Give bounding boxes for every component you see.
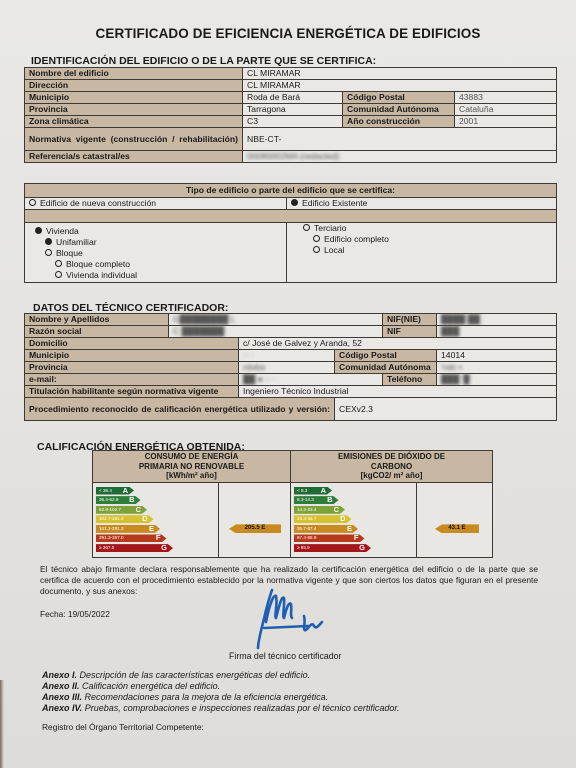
- nif-text: ███: [441, 326, 459, 336]
- emisiones-band-f: 67.4-85.9F: [294, 534, 365, 542]
- terciario-options: Terciario Edificio completo Local: [287, 223, 557, 283]
- option-terciario-label: Terciario: [314, 223, 346, 233]
- emisiones-band-range: 23.4-36.7: [297, 516, 316, 521]
- tecnico-municipio-label: Municipio: [25, 350, 239, 362]
- emisiones-band-a: < 8.3A: [294, 487, 332, 495]
- nif-nie-text: ████ ██: [441, 314, 480, 324]
- anexo-4-text: Pruebas, comprobaciones e inspecciones r…: [85, 703, 400, 713]
- option-bloque-label: Bloque: [56, 248, 83, 258]
- radio-bloque-completo: [55, 260, 62, 267]
- radio-terciario: [303, 224, 310, 231]
- tecnico-provincia-label: Provincia: [25, 362, 239, 374]
- anexo-2-text: Calificación energética del edificio.: [82, 681, 220, 691]
- consumo-band-range: 161.2-291.3: [99, 526, 124, 531]
- razon-social-value: C ███████: [169, 326, 383, 338]
- consumo-result-cell: 205.5 E: [219, 482, 291, 557]
- emisiones-result-cell: 43.1 E: [417, 482, 493, 557]
- tecnico-cp-label: Código Postal: [335, 350, 437, 362]
- consumo-band-letter: B: [129, 496, 134, 504]
- municipio-value: Roda de Bará: [243, 92, 343, 104]
- tecnico-nombre-label: Nombre y Apellidos: [25, 314, 169, 326]
- anexo-3: Anexo III. Recomendaciones para la mejor…: [42, 692, 400, 703]
- radio-edificio-completo: [313, 235, 320, 242]
- zona-climatica-value: C3: [243, 116, 343, 128]
- consumo-band-range: 62.9-102.7: [99, 507, 121, 512]
- radio-vivienda-individual: [55, 271, 62, 278]
- emisiones-band-letter: G: [359, 544, 365, 552]
- consumo-band-e: 161.2-291.3E: [96, 525, 160, 533]
- tecnico-table: Nombre y Apellidos G████████ L NIF(NIE) …: [24, 313, 557, 421]
- emisiones-band-letter: A: [321, 487, 326, 495]
- option-edificio-existente[interactable]: Edificio Existente: [287, 198, 557, 210]
- anexos-list: Anexo I. Descripción de las característi…: [42, 670, 400, 714]
- comunidad-label: Comunidad Autónoma: [343, 104, 455, 116]
- normativa-label-text: Normativa vigente (construcción / rehabi…: [29, 134, 238, 144]
- consumo-band-range: 36.4-62.9: [99, 497, 118, 502]
- consumo-header: CONSUMO DE ENERGÍA PRIMARIA NO RENOVABLE…: [93, 451, 291, 483]
- radio-existente: [291, 199, 298, 206]
- codigo-postal-label: Código Postal: [343, 92, 455, 104]
- option-existente-label: Edificio Existente: [302, 198, 367, 208]
- direccion-label: Dirección: [25, 80, 243, 92]
- nif-nie-label: NIF(NIE): [383, 314, 437, 326]
- email-text: ██ ● ◌ ·: [243, 374, 276, 384]
- tecnico-comunidad-text: 'ndc ▪: [441, 362, 462, 372]
- emisiones-band-d: 23.4-36.7D: [294, 515, 352, 523]
- option-terciario[interactable]: Terciario: [291, 223, 552, 234]
- consumo-band-b: 36.4-62.9B: [96, 496, 141, 504]
- procedimiento-label-text: Procedimiento reconocido de calificación…: [29, 404, 330, 414]
- domicilio-label: Domicilio: [25, 338, 239, 350]
- consumo-band-letter: D: [142, 515, 147, 523]
- consumo-energy-scale: < 36.4A36.4-62.9B62.9-102.7C102.7-161.2D…: [96, 487, 173, 554]
- emisiones-header: EMISIONES DE DIÓXIDO DE CARBONO [kgCO2/ …: [291, 451, 493, 483]
- razon-social-label: Razón social: [25, 326, 169, 338]
- emisiones-result-arrow: 43.1 E: [435, 524, 479, 533]
- consumo-band-range: 291.3-367.0: [99, 535, 124, 540]
- emisiones-band-letter: C: [334, 506, 339, 514]
- radio-unifamiliar: [45, 238, 52, 245]
- tecnico-nombre-value: G████████ L: [169, 314, 383, 326]
- procedimiento-value: CEXv2.3: [335, 398, 557, 421]
- consumo-result-arrow: 205.5 E: [229, 524, 281, 533]
- consumo-band-g: ≥ 367.0G: [96, 544, 173, 552]
- consumo-band-letter: G: [161, 544, 167, 552]
- email-value: ██ ● ◌ ·: [239, 374, 383, 386]
- option-bloque[interactable]: Bloque: [29, 248, 282, 259]
- anexo-3-text: Recomendaciones para la mejora de la efi…: [85, 692, 329, 702]
- consumo-band-range: < 36.4: [99, 488, 112, 493]
- emisiones-band-range: ≥ 85.9: [297, 545, 310, 550]
- anexo-1: Anexo I. Descripción de las característi…: [42, 670, 400, 681]
- provincia-value: Tarragona: [243, 104, 343, 116]
- catastral-label: Referencia/s catastral/es: [25, 151, 243, 163]
- emisiones-scale-cell: < 8.3A8.3-14.3B14.3-23.4C23.4-36.7D36.7-…: [291, 482, 417, 557]
- anio-construccion-label: Año construcción: [343, 116, 455, 128]
- telefono-text: ███ '█': [441, 374, 471, 384]
- option-local-label: Local: [324, 245, 345, 255]
- procedimiento-label: Procedimiento reconocido de calificación…: [25, 398, 335, 421]
- emisiones-band-e: 36.7-67.4E: [294, 525, 358, 533]
- consumo-scale-cell: < 36.4A36.4-62.9B62.9-102.7C102.7-161.2D…: [93, 482, 219, 557]
- emisiones-band-g: ≥ 85.9G: [294, 544, 371, 552]
- option-edificio-completo[interactable]: Edificio completo: [291, 234, 552, 245]
- consumo-header-units: [kWh/m² año]: [93, 471, 290, 481]
- tecnico-comunidad-value: 'ndc ▪: [437, 362, 557, 374]
- domicilio-value: c/ José de Galvez y Aranda, 52: [239, 338, 557, 350]
- emisiones-band-c: 14.3-23.4C: [294, 506, 345, 514]
- consumo-band-letter: C: [136, 506, 141, 514]
- consumo-band-range: ≥ 367.0: [99, 545, 114, 550]
- emisiones-energy-scale: < 8.3A8.3-14.3B14.3-23.4C23.4-36.7D36.7-…: [294, 487, 371, 554]
- vivienda-options: Vivienda Unifamiliar Bloque Bloque compl…: [25, 223, 287, 283]
- photo-edge-shadow: [0, 680, 4, 768]
- tecnico-comunidad-label: Comunidad Autónoma: [335, 362, 437, 374]
- telefono-value: ███ '█': [437, 374, 557, 386]
- normativa-value: NBE-CT-: [243, 128, 557, 151]
- telefono-label: Teléfono: [383, 374, 437, 386]
- option-edificio-completo-label: Edificio completo: [324, 234, 389, 244]
- nif-value: ███: [437, 326, 557, 338]
- anio-construccion-value: 2001: [455, 116, 557, 128]
- option-vivienda-individual[interactable]: Vivienda individual: [29, 270, 282, 281]
- radio-bloque: [45, 249, 52, 256]
- document-title: CERTIFICADO DE EFICIENCIA ENERGÉTICA DE …: [0, 26, 576, 41]
- direccion-value: CL MIRAMAR: [243, 80, 557, 92]
- anexo-1-title: Anexo I.: [42, 670, 77, 680]
- titulacion-value: Ingeniero Técnico Industrial: [239, 386, 557, 398]
- option-vivienda-label: Vivienda: [46, 226, 79, 236]
- anexo-3-title: Anexo III.: [42, 692, 82, 702]
- terciario-tree: Terciario Edificio completo Local: [291, 223, 552, 256]
- consumo-band-letter: E: [149, 525, 154, 533]
- tecnico-municipio-text: ·· ·: [243, 350, 254, 360]
- tecnico-nombre-text: G████████ L: [173, 314, 236, 324]
- option-unifamiliar[interactable]: Unifamiliar: [29, 237, 282, 248]
- emisiones-band-range: 36.7-67.4: [297, 526, 316, 531]
- catastral-value-text: 00080002MA (redacted): [247, 151, 339, 161]
- tipo-edificio-table: Tipo de edificio o parte del edificio qu…: [24, 183, 557, 283]
- tecnico-cp-value: 14014: [437, 350, 557, 362]
- option-vivienda[interactable]: Vivienda: [29, 226, 282, 237]
- radio-nueva: [29, 199, 36, 206]
- emisiones-band-letter: E: [347, 525, 352, 533]
- certificate-page: CERTIFICADO DE EFICIENCIA ENERGÉTICA DE …: [0, 0, 576, 768]
- radio-local: [313, 246, 320, 253]
- consumo-band-letter: A: [123, 487, 128, 495]
- nombre-edificio-label: Nombre del edificio: [25, 68, 243, 80]
- emisiones-band-letter: F: [354, 534, 359, 542]
- option-bloque-completo-label: Bloque completo: [66, 259, 130, 269]
- anexo-1-text: Descripción de las características energ…: [80, 670, 311, 680]
- nif-nie-value: ████ ██: [437, 314, 557, 326]
- zona-climatica-label: Zona climática: [25, 116, 243, 128]
- consumo-header-line1: CONSUMO DE ENERGÍA: [93, 452, 290, 462]
- calificacion-table: CONSUMO DE ENERGÍA PRIMARIA NO RENOVABLE…: [92, 450, 493, 558]
- emisiones-band-b: 8.3-14.3B: [294, 496, 339, 504]
- emisiones-band-range: 8.3-14.3: [297, 497, 314, 502]
- emisiones-band-range: 67.4-85.9: [297, 535, 316, 540]
- tipo-edificio-heading: Tipo de edificio o parte del edificio qu…: [25, 184, 557, 198]
- vivienda-tree: Vivienda Unifamiliar Bloque Bloque compl…: [29, 226, 282, 281]
- nombre-edificio-value: CL MIRAMAR: [243, 68, 557, 80]
- tecnico-provincia-text: rdoba: [243, 362, 265, 372]
- codigo-postal-value: 43883: [455, 92, 557, 104]
- consumo-band-a: < 36.4A: [96, 487, 134, 495]
- signature-icon: [250, 582, 330, 654]
- registro-label: Registro del Órgano Territorial Competen…: [42, 722, 204, 732]
- anexo-2: Anexo II. Calificación energética del ed…: [42, 681, 400, 692]
- identificacion-heading: IDENTIFICACIÓN DEL EDIFICIO O DE LA PART…: [31, 55, 376, 67]
- tipo-separator-band: [25, 210, 557, 223]
- option-bloque-completo[interactable]: Bloque completo: [29, 259, 282, 270]
- emisiones-band-letter: B: [327, 496, 332, 504]
- anexo-4: Anexo IV. Pruebas, comprobaciones e insp…: [42, 703, 400, 714]
- radio-vivienda: [35, 227, 42, 234]
- catastral-value: 00080002MA (redacted): [243, 151, 557, 163]
- comunidad-value: Cataluña: [455, 104, 557, 116]
- emisiones-band-range: 14.3-23.4: [297, 507, 316, 512]
- titulacion-label: Titulación habilitante según normativa v…: [25, 386, 239, 398]
- consumo-header-line2: PRIMARIA NO RENOVABLE: [93, 462, 290, 472]
- anexo-4-title: Anexo IV.: [42, 703, 82, 713]
- emisiones-band-letter: D: [340, 515, 345, 523]
- option-local[interactable]: Local: [291, 245, 552, 256]
- tecnico-municipio-value: ·· ·: [239, 350, 335, 362]
- municipio-label: Municipio: [25, 92, 243, 104]
- provincia-label: Provincia: [25, 104, 243, 116]
- consumo-band-c: 62.9-102.7C: [96, 506, 147, 514]
- option-unifamiliar-label: Unifamiliar: [56, 237, 97, 247]
- option-vivienda-individual-label: Vivienda individual: [66, 270, 137, 280]
- emisiones-band-range: < 8.3: [297, 488, 307, 493]
- option-nueva-label: Edificio de nueva construcción: [40, 198, 156, 208]
- consumo-band-d: 102.7-161.2D: [96, 515, 154, 523]
- tecnico-provincia-value: rdoba: [239, 362, 335, 374]
- option-nueva-construccion[interactable]: Edificio de nueva construcción: [25, 198, 287, 210]
- consumo-band-range: 102.7-161.2: [99, 516, 124, 521]
- email-label: e-mail:: [25, 374, 239, 386]
- emisiones-header-units: [kgCO2/ m² año]: [291, 471, 492, 481]
- emisiones-header-line1: EMISIONES DE DIÓXIDO DE: [291, 452, 492, 462]
- normativa-label: Normativa vigente (construcción / rehabi…: [25, 128, 243, 151]
- emisiones-header-line2: CARBONO: [291, 462, 492, 472]
- nif-label: NIF: [383, 326, 437, 338]
- consumo-band-f: 291.3-367.0F: [96, 534, 167, 542]
- identificacion-table: Nombre del edificio CL MIRAMAR Dirección…: [24, 67, 557, 163]
- consumo-band-letter: F: [156, 534, 161, 542]
- fecha: Fecha: 19/05/2022: [40, 609, 110, 619]
- razon-social-text: C ███████: [173, 326, 224, 336]
- firma-label: Firma del técnico certificador: [229, 651, 341, 661]
- anexo-2-title: Anexo II.: [42, 681, 80, 691]
